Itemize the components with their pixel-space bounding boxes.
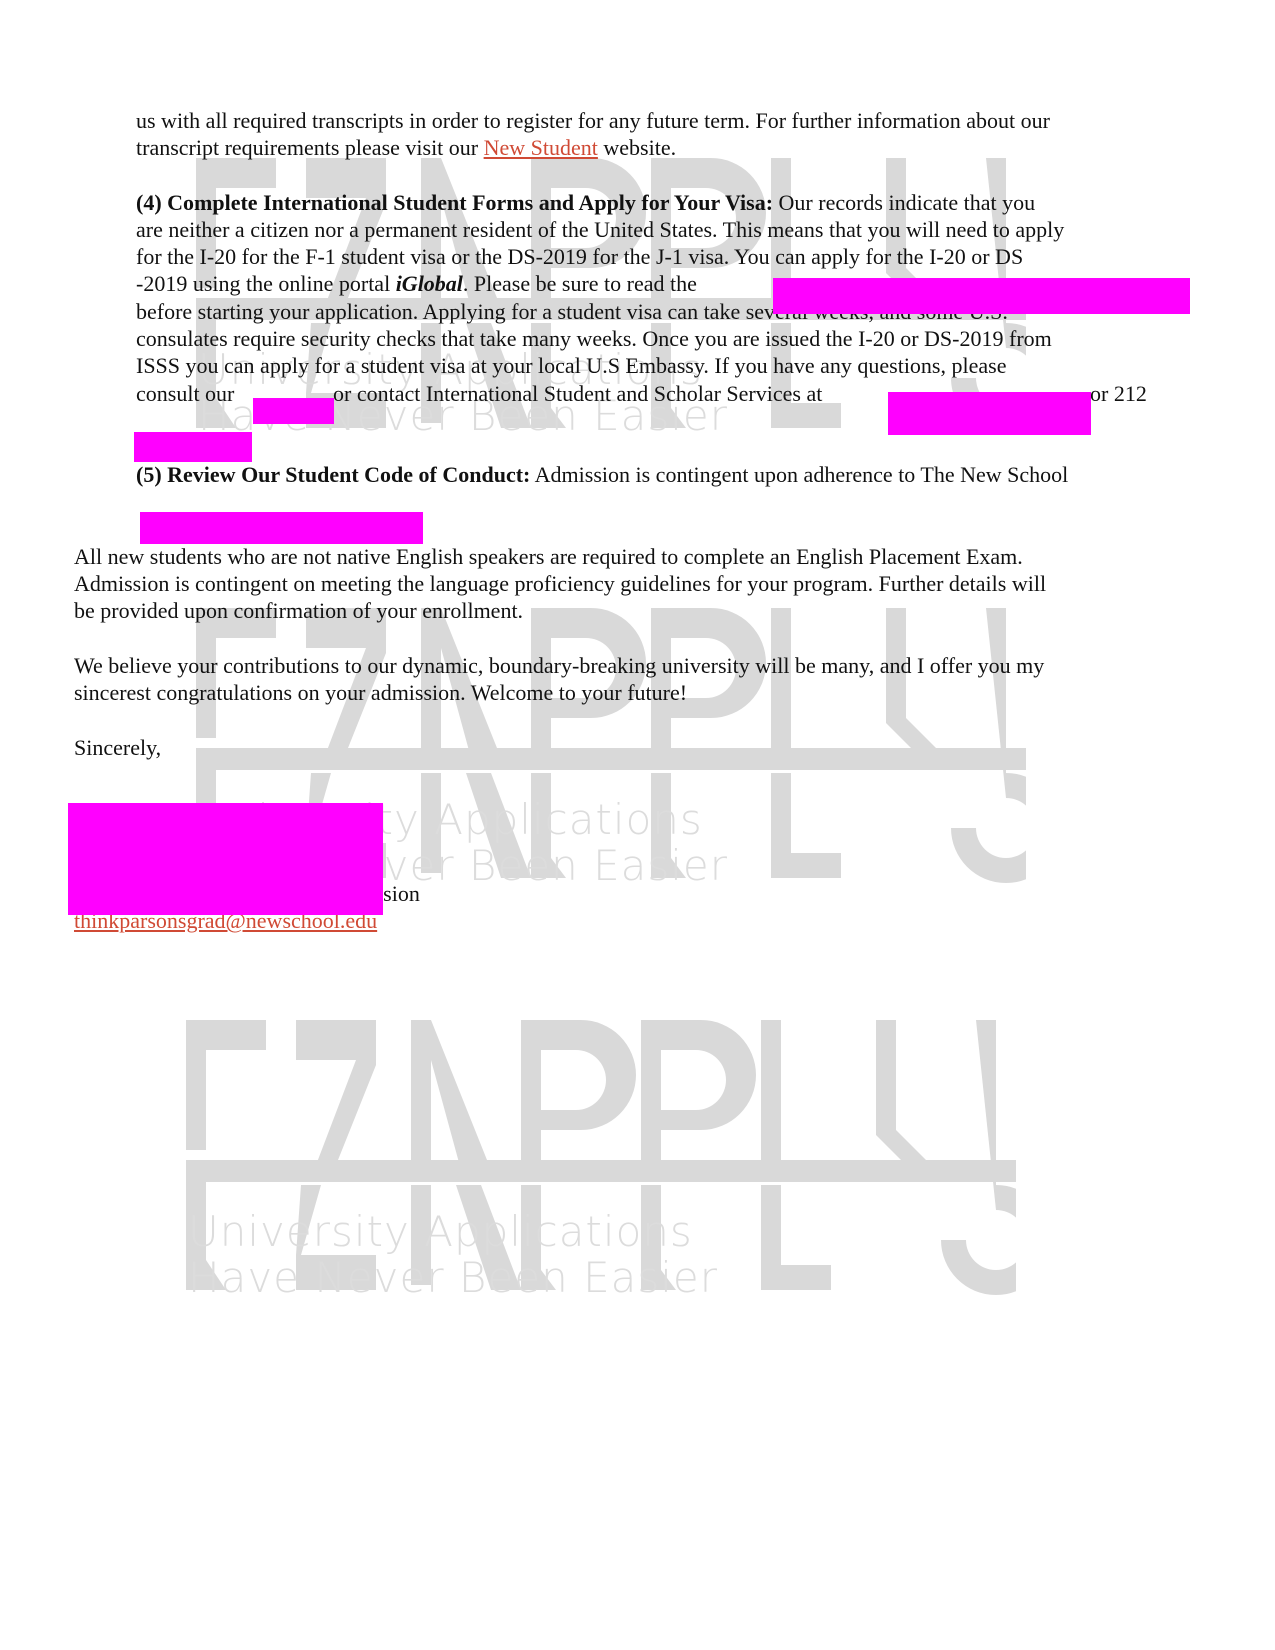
p4-line8: consult our bbox=[136, 380, 234, 407]
p5-heading: (5) Review Our Student Code of Conduct: bbox=[136, 462, 530, 487]
closing-line2: sincerest congratulations on your admiss… bbox=[74, 679, 687, 706]
p4-line2: are neither a citizen nor a permanent re… bbox=[136, 216, 1064, 243]
p4-line4: -2019 using the online portal iGlobal. P… bbox=[136, 270, 697, 297]
p4-heading: (4) Complete International Student Forms… bbox=[136, 190, 773, 215]
closing-line1: We believe your contributions to our dyn… bbox=[74, 652, 1044, 679]
english-line3: be provided upon confirmation of your en… bbox=[74, 597, 523, 624]
iglobal-text: iGlobal bbox=[396, 271, 463, 296]
signature-redaction bbox=[68, 803, 383, 915]
p5-line1: (5) Review Our Student Code of Conduct: … bbox=[136, 461, 1068, 488]
p4-line6: consulates require security checks that … bbox=[136, 325, 1052, 352]
p4-line1: (4) Complete International Student Forms… bbox=[136, 189, 1035, 216]
p4-line3: for the I-20 for the F-1 student visa or… bbox=[136, 243, 1023, 270]
redaction-block bbox=[773, 278, 1190, 314]
p4-line7: ISSS you can apply for a student visa at… bbox=[136, 352, 1006, 379]
english-line2: Admission is contingent on meeting the l… bbox=[74, 570, 1046, 597]
english-line1: All new students who are not native Engl… bbox=[74, 543, 1023, 570]
p3-line2: transcript requirements please visit our… bbox=[136, 134, 676, 161]
p3-line1: us with all required transcripts in orde… bbox=[136, 107, 1050, 134]
redaction-block bbox=[888, 392, 1091, 435]
redaction-block bbox=[134, 432, 252, 462]
redaction-block bbox=[253, 398, 334, 424]
redaction-block bbox=[140, 512, 423, 544]
signoff: Sincerely, bbox=[74, 734, 161, 761]
new-student-link[interactable]: New Student bbox=[484, 135, 598, 160]
